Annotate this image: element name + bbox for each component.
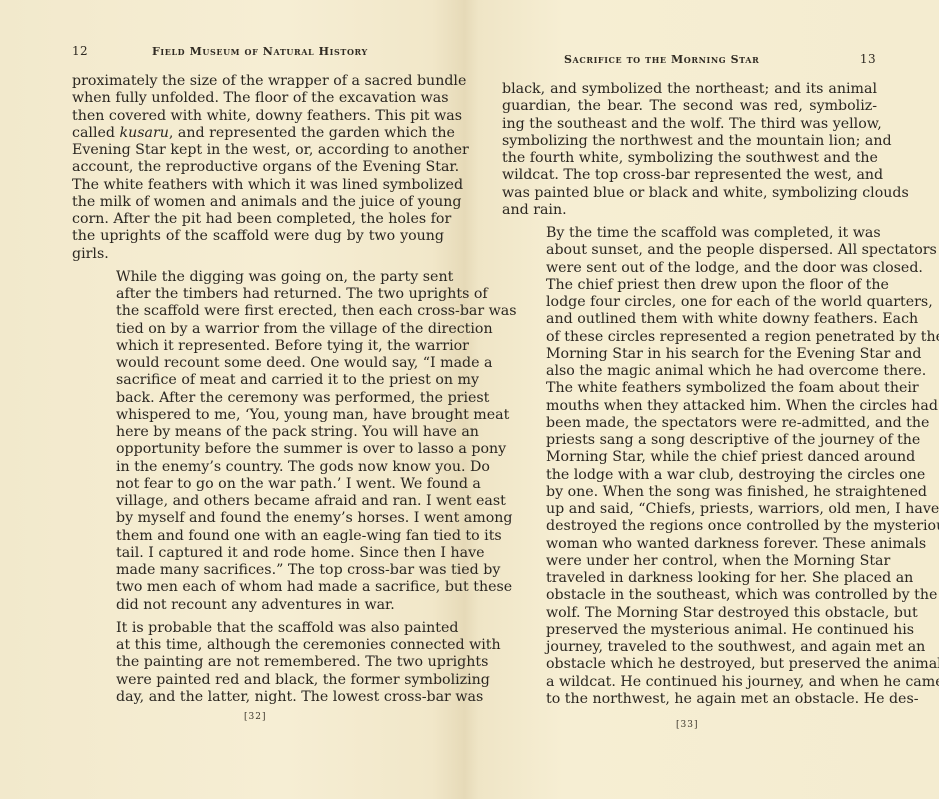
text-line: woman who wanted darkness forever. These… <box>502 536 877 553</box>
paragraph: black, and symbolized the northeast; and… <box>502 81 877 219</box>
text-line: The white feathers symbolized the foam a… <box>502 380 877 397</box>
text-line: tail. I captured it and rode home. Since… <box>72 545 444 562</box>
text-line: been made, the spectators were re-admitt… <box>502 415 877 432</box>
text-line: them and found one with an eagle-wing fa… <box>72 528 444 545</box>
left-page: 12 Field Museum of Natural History proxi… <box>0 0 470 799</box>
text-line: to the northwest, he again met an obstac… <box>502 691 877 708</box>
text-line: also the magic animal which he had overc… <box>502 363 877 380</box>
text-line: and rain. <box>502 202 877 219</box>
text-line: would recount some deed. One would say, … <box>72 355 444 372</box>
text-line: here by means of the pack string. You wi… <box>72 424 444 441</box>
text-line: symbolizing the northwest and the mounta… <box>502 133 877 150</box>
italic-term: kusaru <box>119 125 168 141</box>
page-body: proximately the size of the wrapper of a… <box>72 73 444 706</box>
text-line: account, the reproductive organs of the … <box>72 159 444 176</box>
text-line: the scaffold were first erected, then ea… <box>72 303 444 320</box>
text-line: obstacle in the southeast, which was con… <box>502 587 877 604</box>
text-line: were sent out of the lodge, and the door… <box>502 260 877 277</box>
text-line: While the digging was going on, the part… <box>72 269 444 286</box>
text-line: sacrifice of meat and carried it to the … <box>72 372 444 389</box>
text-line: two men each of whom had made a sacrific… <box>72 579 444 596</box>
text-line: of these circles represented a region pe… <box>502 329 877 346</box>
text-line: It is probable that the scaffold was als… <box>72 620 444 637</box>
text-line: guardian, the bear. The second was red, … <box>502 98 877 115</box>
text-line: priests sang a song descriptive of the j… <box>502 432 877 449</box>
text-line: by myself and found the enemy’s horses. … <box>72 510 444 527</box>
text-line: then covered with white, downy feathers.… <box>72 108 444 125</box>
text-line: lodge four circles, one for each of the … <box>502 294 877 311</box>
text-line: tied on by a warrior from the village of… <box>72 321 444 338</box>
text-line: wildcat. The top cross-bar represented t… <box>502 167 877 184</box>
text-line: Morning Star in his search for the Eveni… <box>502 346 877 363</box>
text-line: the lodge with a war club, destroying th… <box>502 467 877 484</box>
text-line: the milk of women and animals and the ju… <box>72 194 444 211</box>
text-line: back. After the ceremony was performed, … <box>72 390 444 407</box>
text-line: was painted blue or black and white, sym… <box>502 185 877 202</box>
text-line: opportunity before the summer is over to… <box>72 441 444 458</box>
text-line: The white feathers with which it was lin… <box>72 177 444 194</box>
text-line: village, and others became afraid and ra… <box>72 493 444 510</box>
running-title: Sacrifice to the Morning Star <box>564 53 759 66</box>
text-line: up and said, “Chiefs, priests, warriors,… <box>502 501 877 518</box>
text-line: The chief priest then drew upon the floo… <box>502 277 877 294</box>
text-line: which it represented. Before tying it, t… <box>72 338 444 355</box>
page-number: 12 <box>72 44 88 58</box>
text-line: the fourth white, symbolizing the southw… <box>502 150 877 167</box>
text-line: destroyed the regions once controlled by… <box>502 518 877 535</box>
text-line: were painted red and black, the former s… <box>72 672 444 689</box>
text-line: journey, traveled to the southwest, and … <box>502 639 877 656</box>
text-line: about sunset, and the people dispersed. … <box>502 242 877 259</box>
page-number: 13 <box>860 52 876 66</box>
text-line: Evening Star kept in the west, or, accor… <box>72 142 444 159</box>
text-line: and outlined them with white downy feath… <box>502 311 877 328</box>
text-line: wolf. The Morning Star destroyed this ob… <box>502 605 877 622</box>
running-title: Field Museum of Natural History <box>152 45 368 58</box>
page-body: black, and symbolized the northeast; and… <box>502 81 877 708</box>
text-line: when fully unfolded. The floor of the ex… <box>72 90 444 107</box>
footer-folio: [33] <box>676 720 698 730</box>
text-line: ing the southeast and the wolf. The thir… <box>502 116 877 133</box>
text-line: called kusaru, and represented the garde… <box>72 125 444 142</box>
text-line: corn. After the pit had been completed, … <box>72 211 444 228</box>
text-line: black, and symbolized the northeast; and… <box>502 81 877 98</box>
paragraph: By the time the scaffold was completed, … <box>502 225 877 708</box>
text-line: at this time, although the ceremonies co… <box>72 637 444 654</box>
text-line: girls. <box>72 246 444 263</box>
book-spread: 12 Field Museum of Natural History proxi… <box>0 0 939 799</box>
text-line: proximately the size of the wrapper of a… <box>72 73 444 90</box>
text-line: in the enemy’s country. The gods now kno… <box>72 459 444 476</box>
text-line: preserved the mysterious animal. He cont… <box>502 622 877 639</box>
text-line: made many sacrifices.” The top cross-bar… <box>72 562 444 579</box>
text-line: a wildcat. He continued his journey, and… <box>502 674 877 691</box>
running-head-left: 12 Field Museum of Natural History <box>72 44 444 60</box>
text-line: day, and the latter, night. The lowest c… <box>72 689 444 706</box>
text-line: Morning Star, while the chief priest dan… <box>502 449 877 466</box>
running-head-right: Sacrifice to the Morning Star 13 <box>502 52 876 68</box>
right-page: Sacrifice to the Morning Star 13 black, … <box>470 0 939 799</box>
paragraph: It is probable that the scaffold was als… <box>72 620 444 706</box>
text-line: the painting are not remembered. The two… <box>72 654 444 671</box>
text-line: obstacle which he destroyed, but preserv… <box>502 656 877 673</box>
text-line: were under her control, when the Morning… <box>502 553 877 570</box>
text-line: traveled in darkness looking for her. Sh… <box>502 570 877 587</box>
text-line: after the timbers had returned. The two … <box>72 286 444 303</box>
paragraph: While the digging was going on, the part… <box>72 269 444 614</box>
text-line: not fear to go on the war path.’ I went.… <box>72 476 444 493</box>
text-line: by one. When the song was finished, he s… <box>502 484 877 501</box>
text-line: did not recount any adventures in war. <box>72 597 444 614</box>
paragraph: proximately the size of the wrapper of a… <box>72 73 444 263</box>
text-line: mouths when they attacked him. When the … <box>502 398 877 415</box>
footer-folio: [32] <box>244 712 266 722</box>
text-line: the uprights of the scaffold were dug by… <box>72 228 444 245</box>
text-line: whispered to me, ‘You, young man, have b… <box>72 407 444 424</box>
text-line: By the time the scaffold was completed, … <box>502 225 877 242</box>
